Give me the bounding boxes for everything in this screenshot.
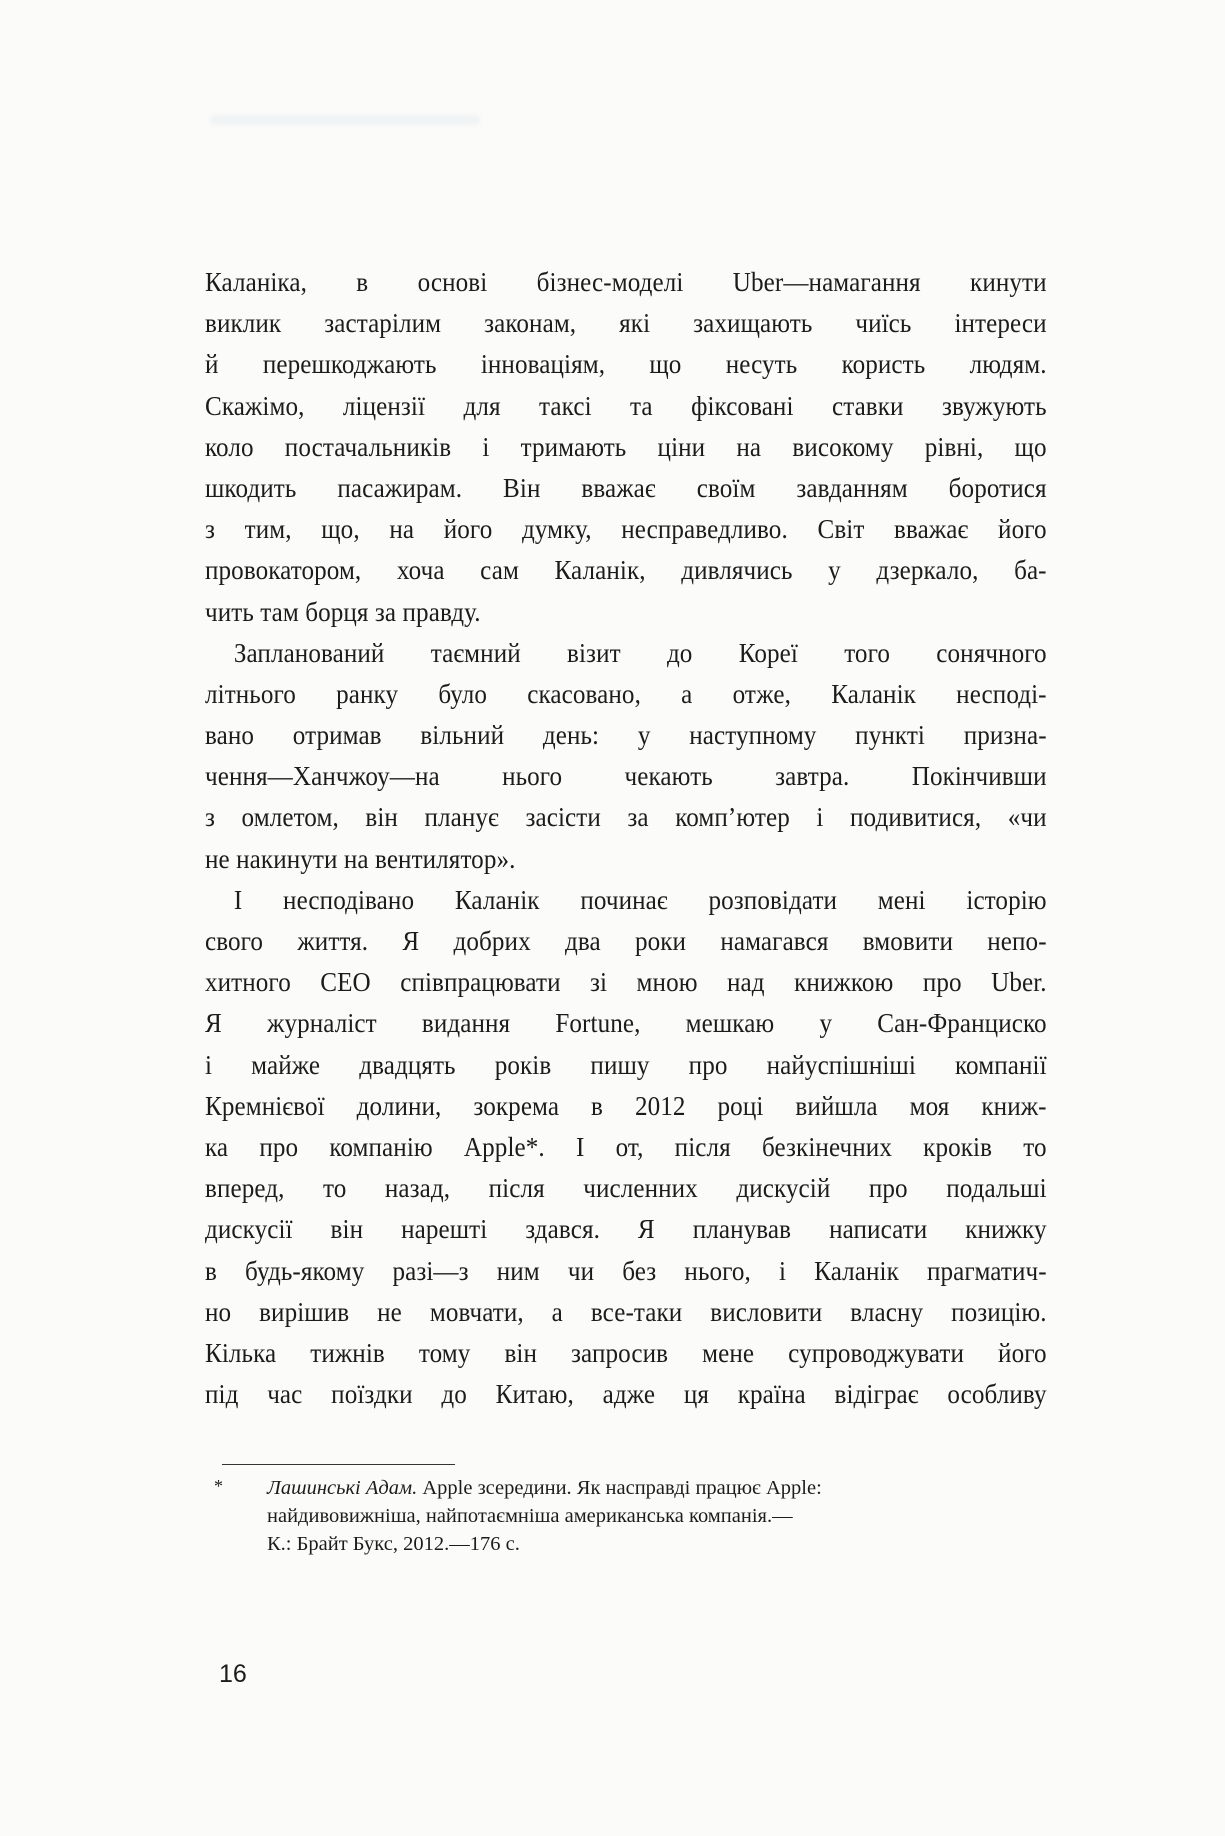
footnote-line-1: Лашинські Адам. Apple зсередини. Як насп… xyxy=(210,1474,910,1502)
text-line: Кремнієвої долини, зокрема в 2012 році в… xyxy=(205,1086,1047,1127)
text-line: не накинути на вентилятор». xyxy=(205,839,1047,880)
text-line: і майже двадцять років пишу про найуспіш… xyxy=(205,1045,1047,1086)
text-line: свого життя. Я добрих два роки намагався… xyxy=(205,921,1047,962)
text-line: но вирішив не мовчати, а все-таки вислов… xyxy=(205,1292,1047,1333)
text-line: Я журналіст видання Fortune, мешкаю у Са… xyxy=(205,1003,1047,1044)
text-line: літнього ранку було скасовано, а отже, К… xyxy=(205,674,1047,715)
text-line: вано отримав вільний день: у наступному … xyxy=(205,715,1047,756)
text-line: Скажімо, ліцензії для таксі та фіксовані… xyxy=(205,386,1047,427)
text-line: хитного CEO співпрацювати зі мною над кн… xyxy=(205,962,1047,1003)
text-line: в будь-якому разі—з ним чи без нього, і … xyxy=(205,1251,1047,1292)
text-line: з тим, що, на його думку, несправедливо.… xyxy=(205,509,1047,550)
footnote-author: Лашинські Адам. xyxy=(267,1477,417,1499)
text-line: чення—Ханчжоу—на нього чекають завтра. П… xyxy=(205,756,1047,797)
body-text: Каланіка, в основі бізнес-моделі Uber—на… xyxy=(205,262,1047,1415)
footnote-marker: * xyxy=(214,1472,223,1500)
text-line: й перешкоджають інноваціям, що несуть ко… xyxy=(205,344,1047,385)
text-line: з омлетом, він планує засісти за комп’ют… xyxy=(205,797,1047,838)
text-line: шкодить пасажирам. Він вважає своїм завд… xyxy=(205,468,1047,509)
footnote-line-3: К.: Брайт Букс, 2012.—176 с. xyxy=(210,1530,910,1558)
text-line: коло постачальників і тримають ціни на в… xyxy=(205,427,1047,468)
footnote-title: Apple зсередини. Як насправді працює App… xyxy=(417,1477,822,1499)
text-line: вперед, то назад, після численних дискус… xyxy=(205,1168,1047,1209)
footnote-divider xyxy=(222,1464,455,1465)
text-line: чить там борця за правду. xyxy=(205,592,1047,633)
text-line: провокатором, хоча сам Каланік, дивлячис… xyxy=(205,550,1047,591)
show-through-artifact xyxy=(210,115,480,125)
footnote-line-2: найдивовижніша, найпотаємніша американсь… xyxy=(210,1502,910,1530)
text-line: Запланований таємний візит до Кореї того… xyxy=(205,633,1047,674)
text-line: дискусії він нарешті здався. Я планував … xyxy=(205,1209,1047,1250)
text-line: ка про компанію Apple*. І от, після безк… xyxy=(205,1127,1047,1168)
page-number: 16 xyxy=(219,1660,247,1689)
footnote: * Лашинські Адам. Apple зсередини. Як на… xyxy=(210,1474,910,1558)
text-line: виклик застарілим законам, які захищають… xyxy=(205,303,1047,344)
text-line: Кілька тижнів тому він запросив мене суп… xyxy=(205,1333,1047,1374)
text-line: І несподівано Каланік починає розповідат… xyxy=(205,880,1047,921)
text-line: Каланіка, в основі бізнес-моделі Uber—на… xyxy=(205,262,1047,303)
text-line: під час поїздки до Китаю, адже ця країна… xyxy=(205,1374,1047,1415)
